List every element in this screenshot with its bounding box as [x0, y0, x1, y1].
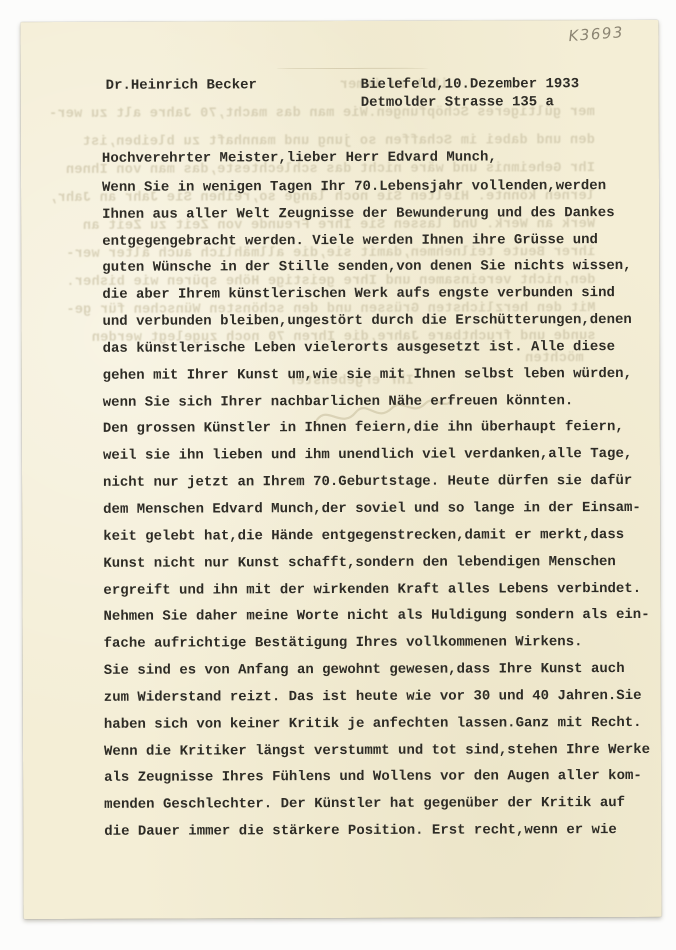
- sender-name: Dr.Heinrich Becker: [106, 77, 257, 94]
- letter-line: fache aufrichtige Bestätigung Ihres voll…: [104, 629, 660, 658]
- place-date: Bielefeld,10.Dezember 1933: [361, 76, 579, 94]
- letter-line: die Dauer immer die stärkere Position. E…: [104, 817, 660, 846]
- letter-line: weil sie ihn lieben und ihm unendlich vi…: [103, 441, 659, 470]
- letter-line: gehen mit Ihrer Kunst um,wie sie mit Ihn…: [103, 361, 659, 390]
- salutation: Hochverehrter Meister,lieber Herr Edvard…: [102, 144, 658, 173]
- letter-line: entgegengebracht werden. Viele werden Ih…: [102, 226, 658, 255]
- letter-line: Nehmen Sie daher meine Worte nicht als H…: [103, 602, 659, 631]
- date-address-block: Bielefeld,10.Dezember 1933 Detmolder Str…: [361, 76, 580, 112]
- letter-line: Wenn Sie in wenigen Tagen Ihr 70.Lebensj…: [102, 173, 658, 202]
- letter-line: Ihnen aus aller Welt Zeugnisse der Bewun…: [102, 200, 658, 229]
- letter-line: Wenn die Kritiker längst verstummt und t…: [104, 736, 660, 765]
- letter-line: haben sich von keiner Kritik je anfechte…: [104, 710, 660, 739]
- letter-line: als Zeugnisse Ihres Fühlens und Wollens …: [104, 763, 660, 792]
- letter-line: wenn Sie sich Ihrer nachbarlichen Nähe e…: [103, 387, 659, 416]
- letter-page: itet zu immermer gültigeres Schöpfungen.…: [20, 20, 661, 919]
- body-lines: Wenn Sie in wenigen Tagen Ihr 70.Lebensj…: [102, 173, 660, 846]
- letter-line: guten Wünsche in der Stille senden,von d…: [102, 253, 658, 282]
- letter-line: nicht nur jetzt an Ihrem 70.Geburtstage.…: [103, 468, 659, 497]
- letter-line: zum Widerstand reizt. Das ist heute wie …: [104, 683, 660, 712]
- letter-line: Kunst nicht nur Kunst schafft,sondern de…: [103, 549, 659, 578]
- letter-line: ergreift und ihn mit der wirkenden Kraft…: [103, 575, 659, 604]
- letter-line: Sie sind es von Anfang an gewohnt gewese…: [104, 656, 660, 685]
- letter-line: Den grossen Künstler in Ihnen feiern,die…: [103, 414, 659, 443]
- letter-line: die aber Ihrem künstlerischen Werk aufs …: [102, 280, 658, 309]
- letter-line: das künstlerische Leben vielerorts ausge…: [103, 334, 659, 363]
- street-address: Detmolder Strasse 135 a: [361, 94, 579, 112]
- letter-body: Hochverehrter Meister,lieber Herr Edvard…: [102, 144, 660, 846]
- letter-line: dem Menschen Edvard Munch,der soviel und…: [103, 495, 659, 524]
- letter-line: menden Geschlechter. Der Künstler hat ge…: [104, 790, 660, 819]
- letter-line: keit gelebt hat,die Hände entgegenstreck…: [103, 522, 659, 551]
- letter-line: und verbunden bleiben,ungestört durch di…: [102, 307, 658, 336]
